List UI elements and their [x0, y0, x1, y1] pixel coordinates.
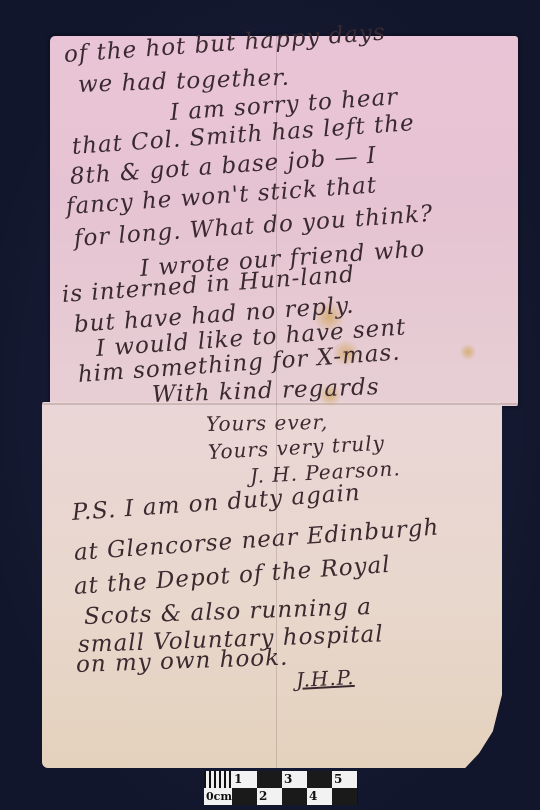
scale-unit-label: 0cm: [204, 788, 232, 805]
foxing-stain: [459, 344, 477, 360]
scale-label-2: 2: [257, 788, 282, 805]
scale-segment: [282, 788, 307, 805]
scale-segment: [232, 788, 257, 805]
postscript-initials: J.H.P.: [295, 665, 355, 692]
scale-label-5: 5: [332, 771, 357, 788]
scale-ticks: [204, 771, 232, 788]
scale-label-1: 1: [232, 771, 257, 788]
scale-label-4: 4: [307, 788, 332, 805]
scale-segment: [257, 771, 282, 788]
scale-label-3: 3: [282, 771, 307, 788]
scale-segment: [307, 771, 332, 788]
closing-line: Yours ever,: [206, 410, 329, 436]
centimeter-scale-bar: 1 3 5 0cm 2 4: [204, 771, 358, 805]
scale-segment: [332, 788, 357, 805]
